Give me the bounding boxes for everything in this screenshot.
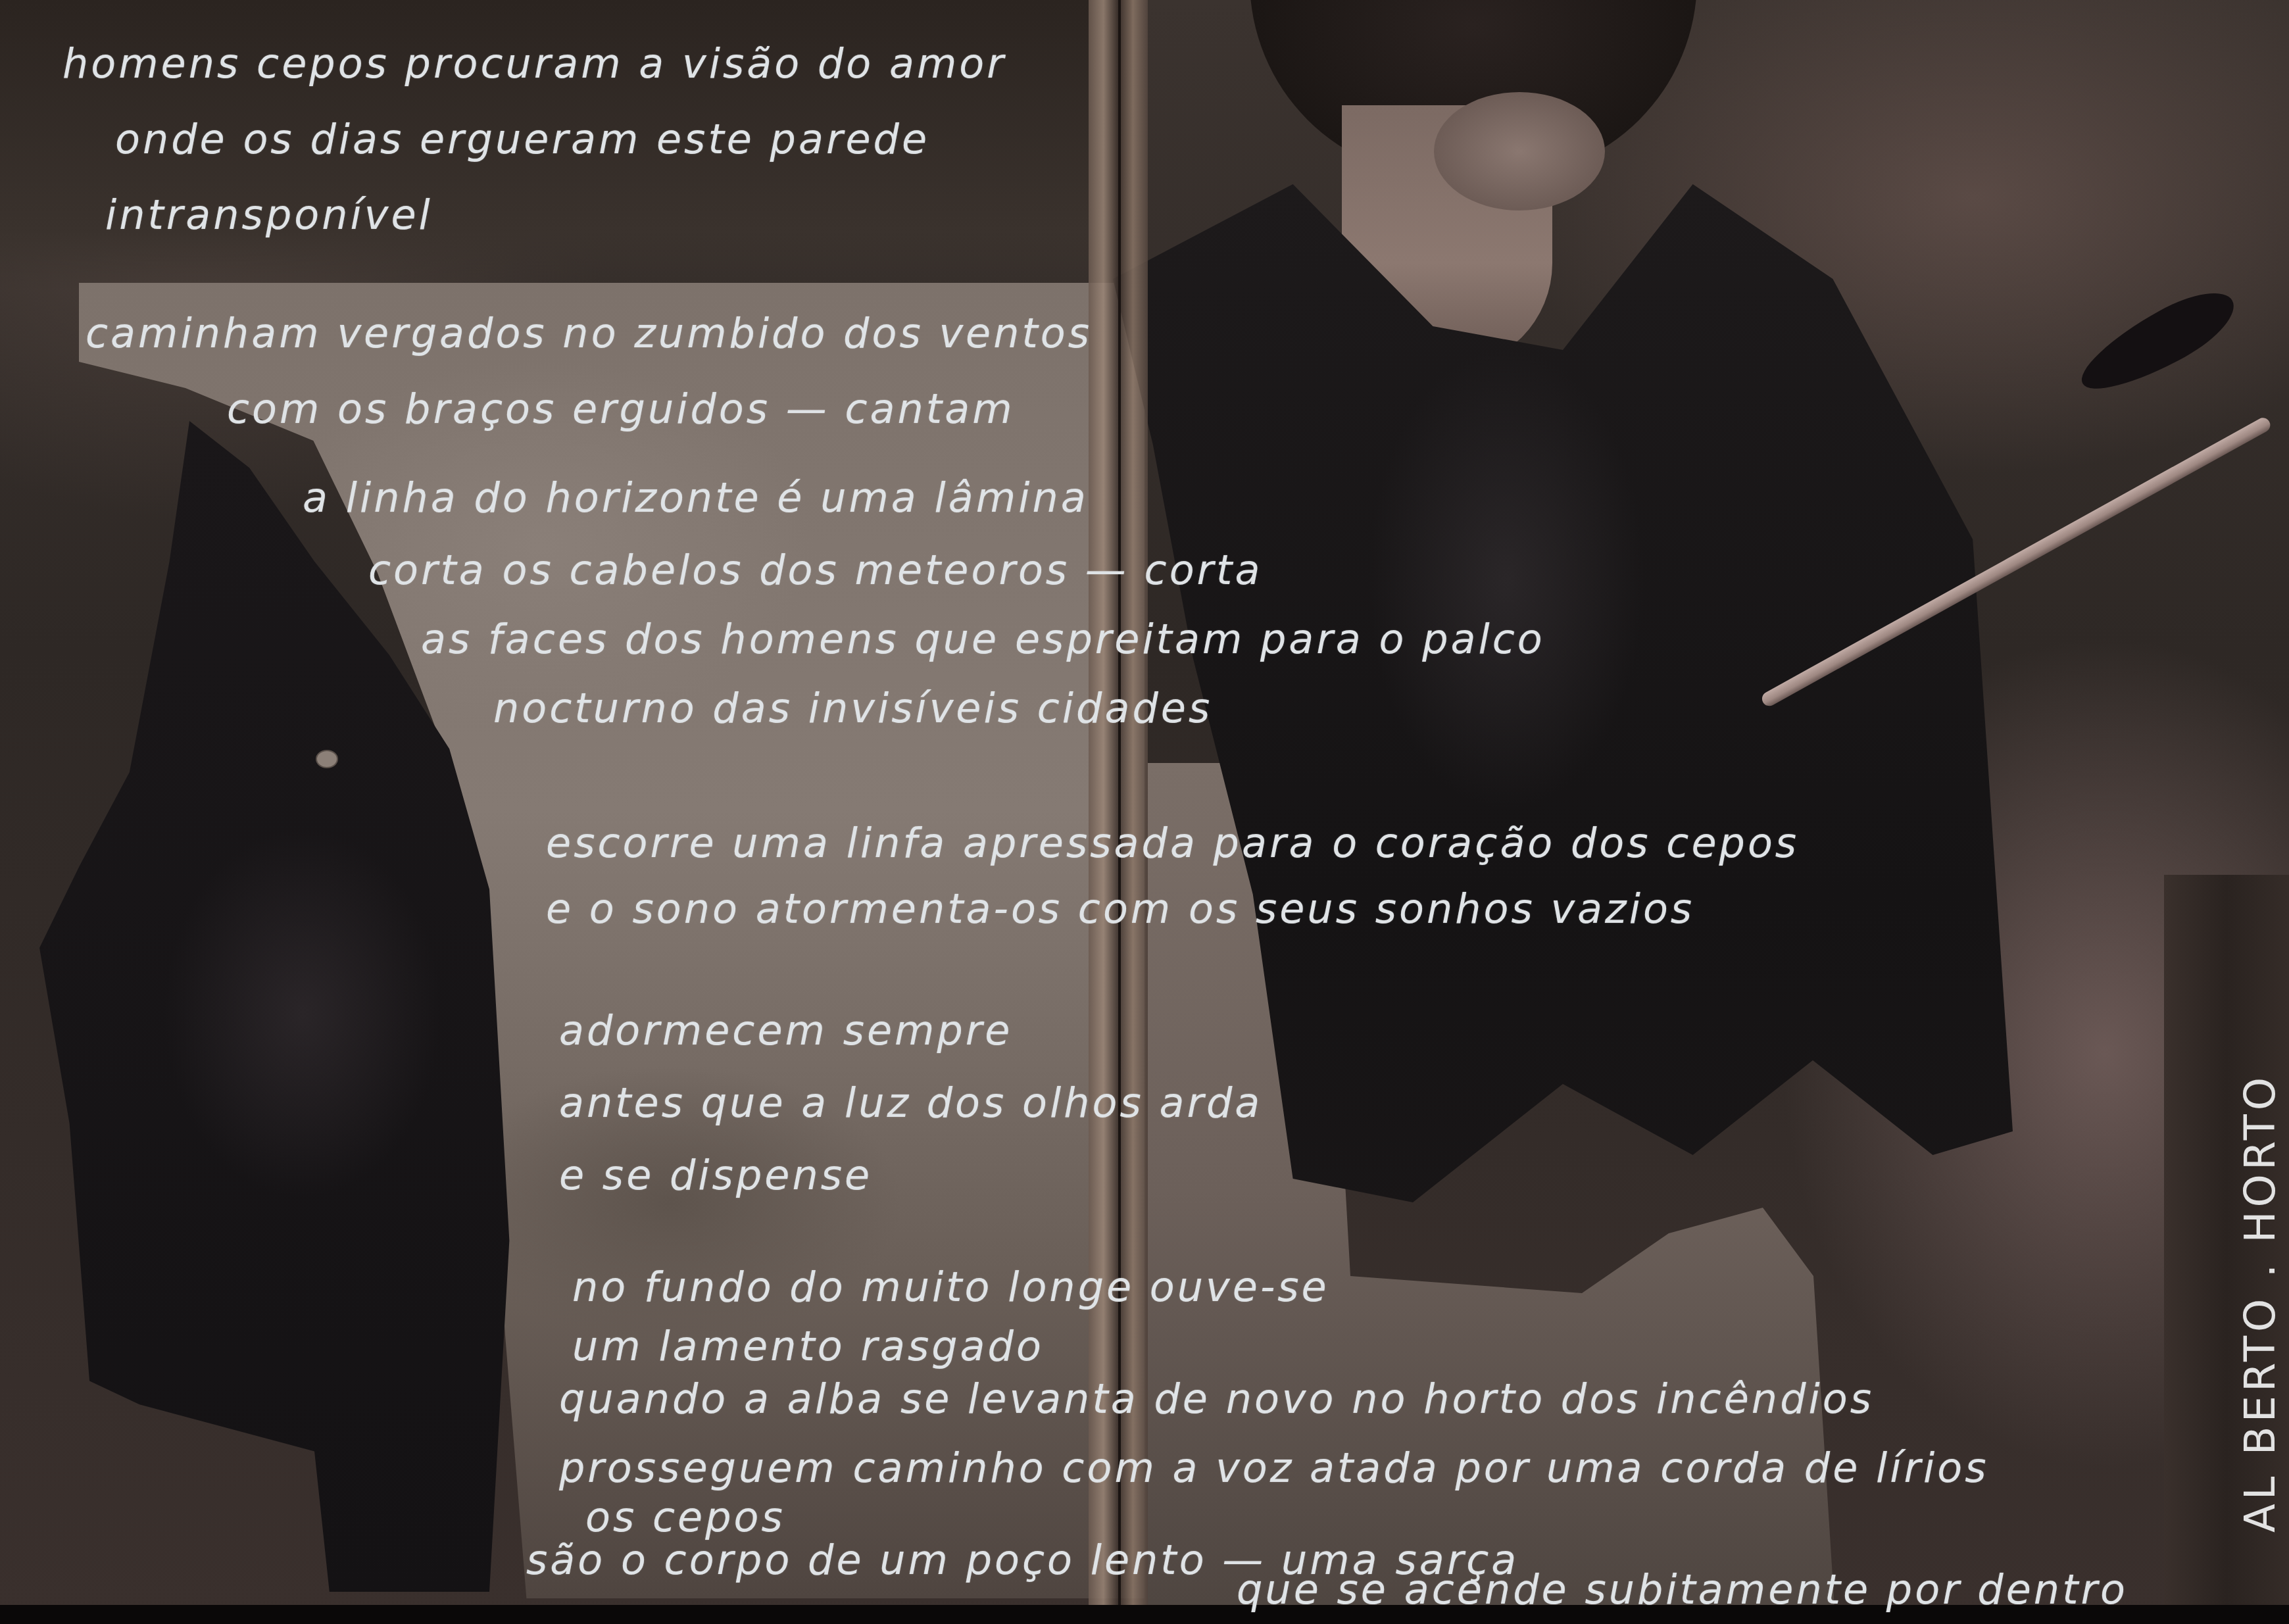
poem-line: e o sono atormenta-os com os seus sonhos…: [546, 885, 1694, 933]
poem-line: a linha do horizonte é uma lâmina: [303, 474, 1089, 522]
artist-signature: AL BERTO . HORTO: [2236, 1073, 2285, 1533]
poem-line: onde os dias ergueram este parede: [115, 115, 929, 163]
poem-line: homens cepos procuram a visão do amor: [62, 39, 1006, 87]
jacket-button: [316, 750, 338, 768]
poem-line: no fundo do muito longe ouve-se: [572, 1263, 1329, 1311]
poem-line: e se dispense: [559, 1151, 872, 1199]
poem-line: que se acende subitamente por dentro: [1237, 1565, 2128, 1613]
poem-line: adormecem sempre: [559, 1006, 1012, 1054]
sketchbook-spread: homens cepos procuram a visão do amorond…: [0, 0, 2289, 1624]
figure-chin: [1434, 92, 1605, 210]
poem-line: caminham vergados no zumbido dos ventos: [86, 309, 1092, 357]
poem-line: os cepos: [585, 1493, 785, 1541]
poem-line: escorre uma linfa apressada para o coraç…: [546, 819, 1799, 867]
poem-line: quando a alba se levanta de novo no hort…: [559, 1375, 1874, 1423]
poem-line: as faces dos homens que espreitam para o…: [421, 615, 1545, 663]
arrow-fletching-icon: [2070, 278, 2245, 406]
poem-line: nocturno das invisíveis cidades: [493, 684, 1212, 732]
poem-line: prosseguem caminho com a voz atada por u…: [559, 1444, 1988, 1492]
poem-line: um lamento rasgado: [572, 1322, 1044, 1370]
poem-line: antes que a luz dos olhos arda: [559, 1079, 1262, 1127]
poem-line: corta os cabelos dos meteoros — corta: [368, 546, 1262, 594]
poem-line: com os braços erguidos — cantam: [227, 385, 1015, 433]
poem-line: intransponível: [105, 191, 433, 239]
